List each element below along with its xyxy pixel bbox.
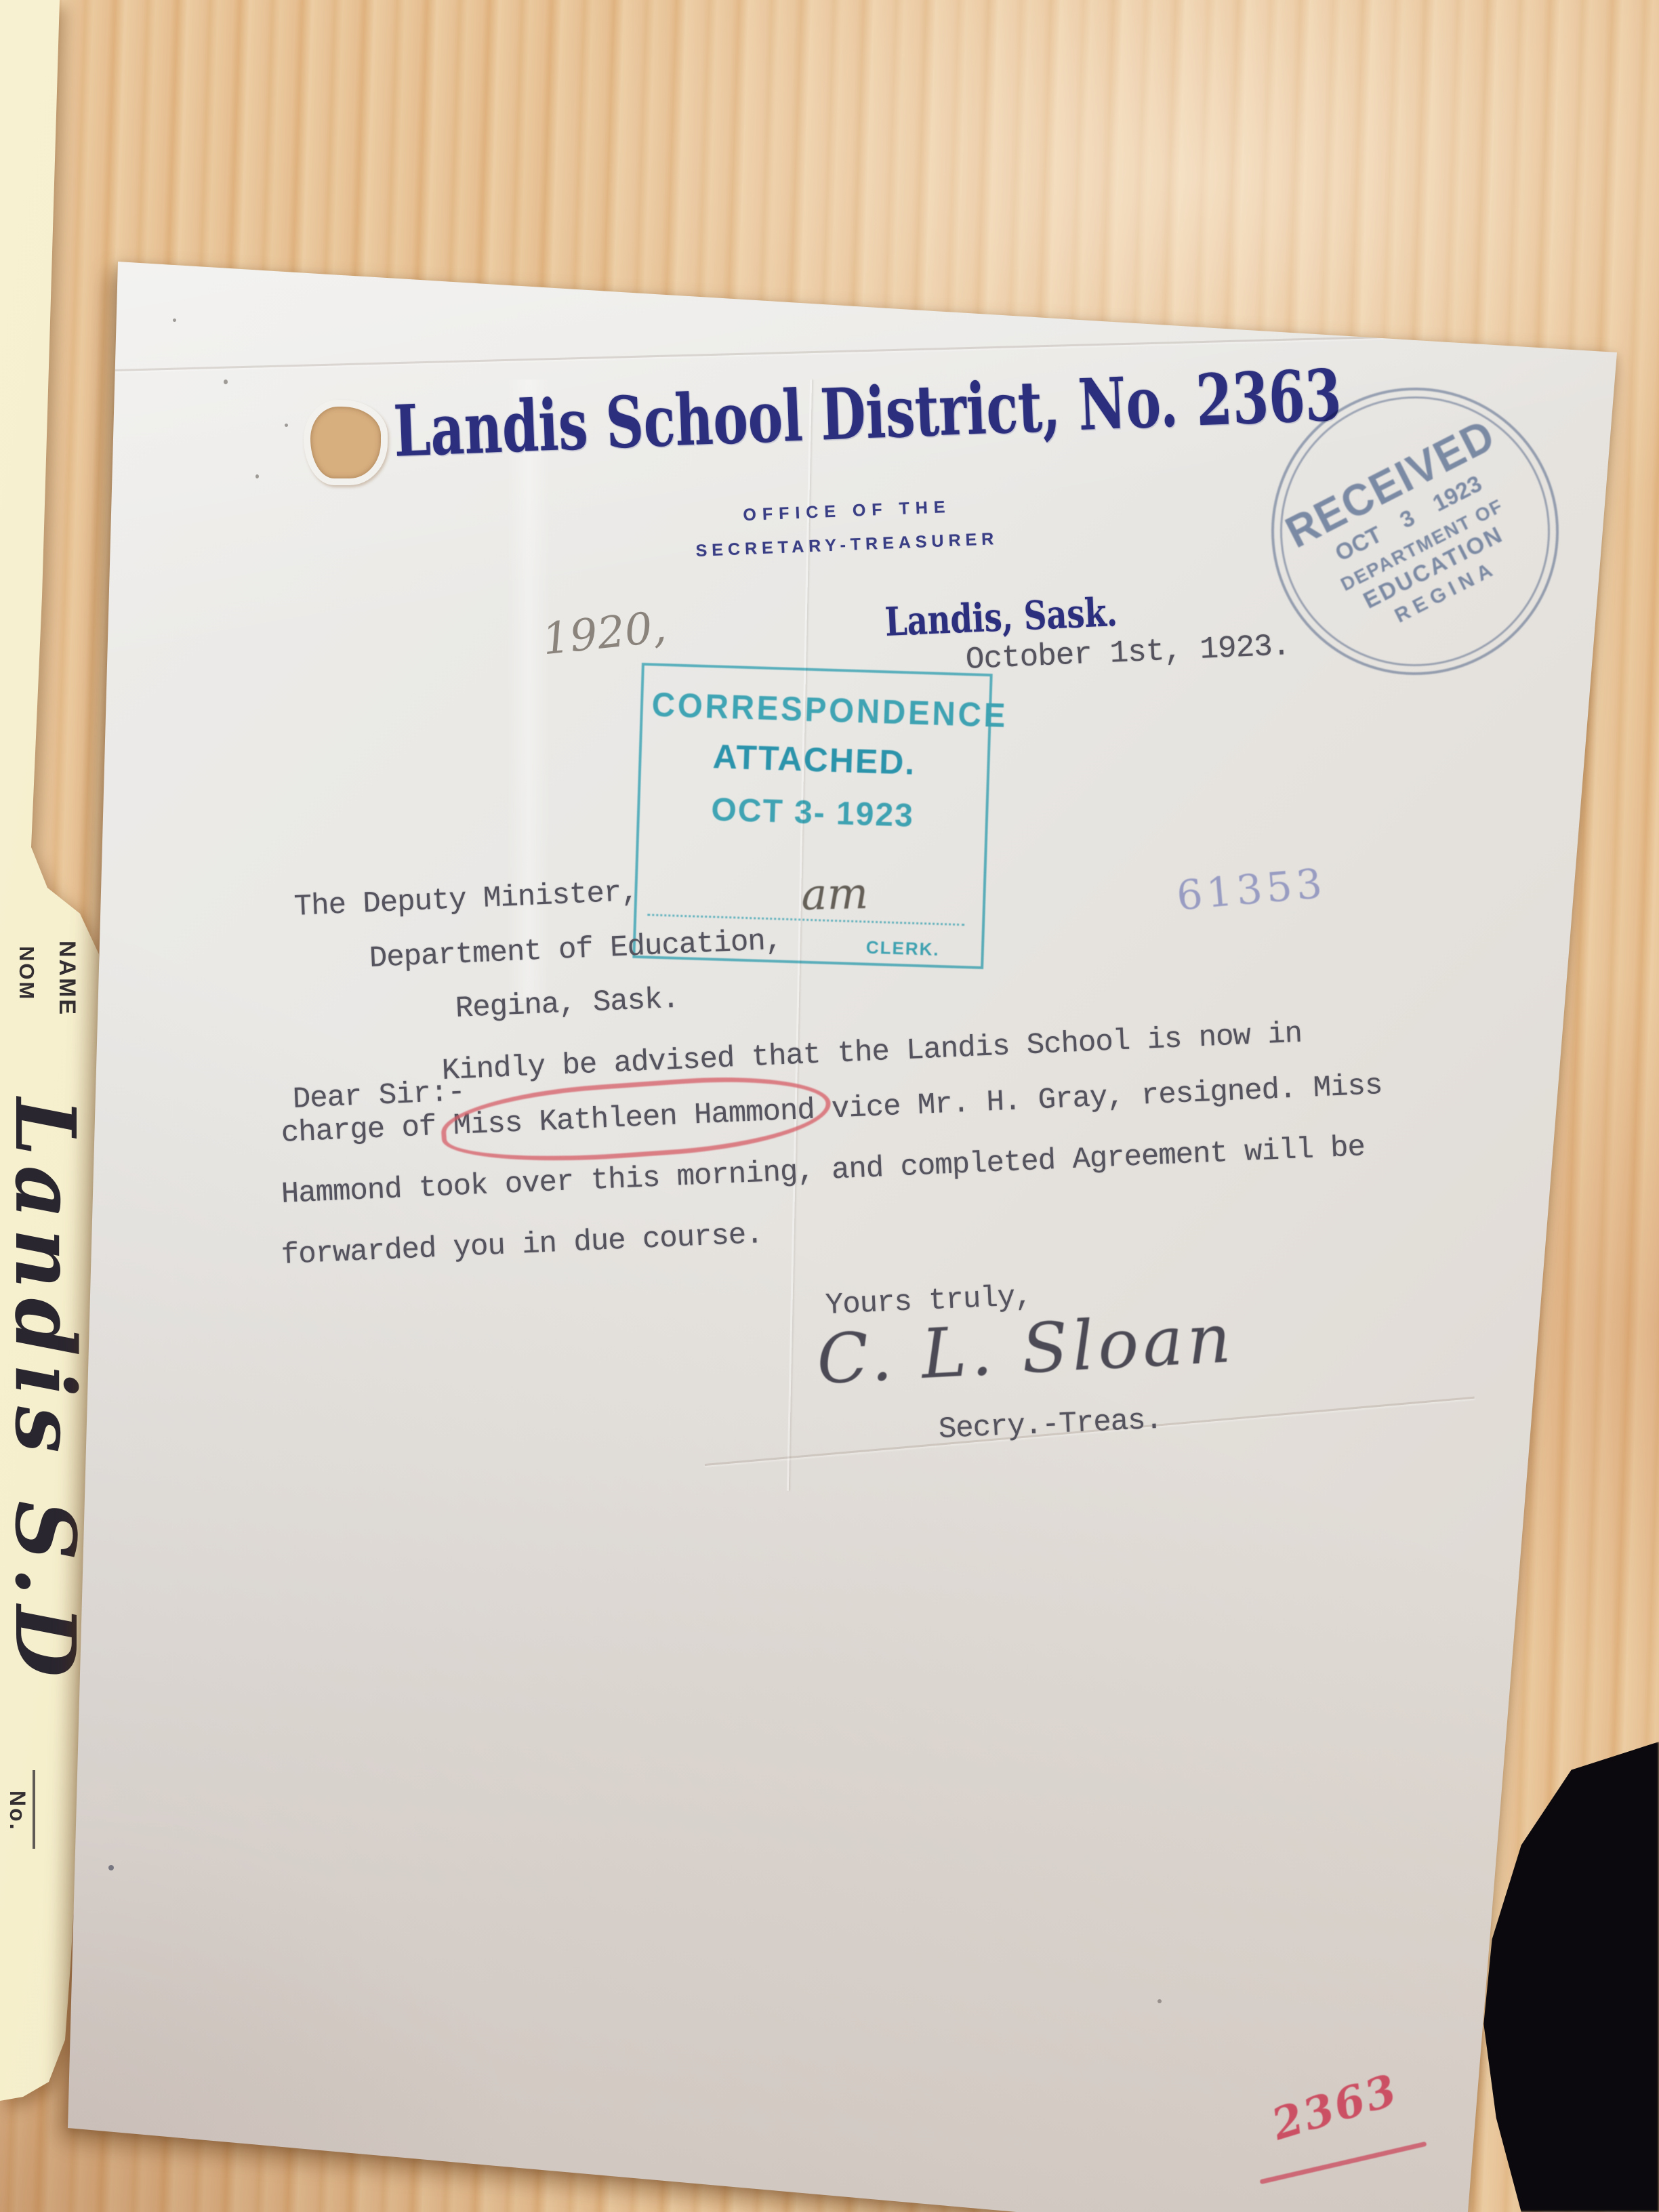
clerk-initials: am bbox=[801, 869, 869, 920]
received-stamp-city: REGINA bbox=[1391, 556, 1501, 628]
paper-speck bbox=[224, 380, 228, 384]
photo-scene: NAME NOM Landis S.D No. Landis Scho bbox=[0, 0, 1659, 2212]
correspondence-attached-stamp: CORRESPONDENCE ATTACHED. OCT 3- 1923 am … bbox=[632, 663, 992, 969]
paper-speck bbox=[108, 1865, 114, 1870]
paper-speck bbox=[144, 207, 146, 209]
paper-speck bbox=[285, 424, 288, 427]
paper-speck bbox=[203, 230, 207, 234]
circled-name: Miss Kathleen Hammond bbox=[453, 1094, 815, 1143]
paper-speck bbox=[173, 319, 176, 322]
attached-stamp-line3: OCT 3- 1923 bbox=[639, 789, 985, 837]
paper-speck bbox=[255, 474, 259, 478]
letter-paper: Landis School District, No. 2363 OFFICE … bbox=[0, 0, 1659, 2212]
paper-speck bbox=[1158, 1999, 1162, 2003]
attached-stamp-clerk-label: CLERK. bbox=[865, 937, 940, 960]
received-stamp-word: RECEIVED bbox=[1277, 409, 1504, 558]
paper-wrap: Landis School District, No. 2363 OFFICE … bbox=[0, 0, 1659, 2212]
attached-stamp-line1: CORRESPONDENCE bbox=[651, 684, 981, 734]
attached-stamp-line2: ATTACHED. bbox=[641, 735, 988, 785]
received-stamp-dept2: EDUCATION bbox=[1359, 521, 1509, 615]
